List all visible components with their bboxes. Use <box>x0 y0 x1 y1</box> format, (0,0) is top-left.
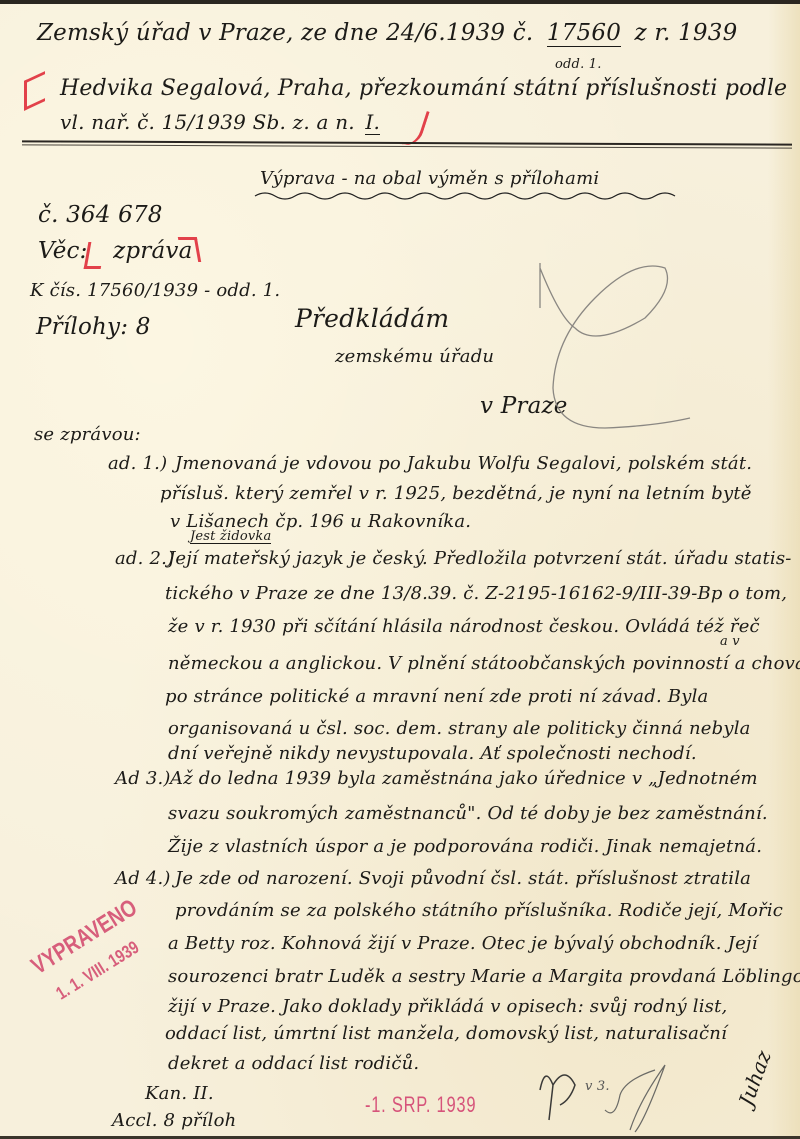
subject-row: Věc: zpráva <box>38 240 193 263</box>
inserted-note: Jest židovka <box>190 530 271 544</box>
paragraph-line: svazu soukromých zaměstnanců". Od té dob… <box>168 805 768 823</box>
margin-insert: a v <box>720 635 740 648</box>
attachments-count: Přílohy: 8 <box>36 316 151 339</box>
initials-signature <box>535 1060 685 1135</box>
header-ref-number: 17560 <box>547 20 621 47</box>
paragraph-line: žijí v Praze. Jako doklady přikládá v op… <box>168 998 727 1016</box>
paragraph-line: že v r. 1930 při sčítání hlásila národno… <box>168 618 760 636</box>
header-line-3: vl. nař. č. 15/1939 Sb. z. a n. I. <box>60 112 380 132</box>
paragraph-line: Je zde od narození. Svoji původní čsl. s… <box>175 870 751 888</box>
paragraph-line: dní veřejně nikdy nevystupovala. Ať spol… <box>168 745 697 763</box>
header-office: Zemský úřad v Praze, ze dne 24/6.1939 č. <box>37 20 533 46</box>
header-year: z r. 1939 <box>635 20 738 46</box>
paragraph-line: Až do ledna 1939 byla zaměstnána jako úř… <box>170 770 758 788</box>
paragraph-line: Žije z vlastních úspor a je podporována … <box>168 838 762 856</box>
subject-label: Věc: <box>38 238 88 264</box>
header-line-1: Zemský úřad v Praze, ze dne 24/6.1939 č.… <box>37 22 737 45</box>
paragraph-line: tického v Praze ze dne 13/8.39. č. Z-219… <box>165 585 787 603</box>
red-bracket-subject-right <box>178 237 201 262</box>
red-bracket-subject-left <box>84 242 106 269</box>
header-dept: odd. 1. <box>555 58 602 71</box>
paragraph-label: ad. 2.) <box>115 550 174 568</box>
intro-text: se zprávou: <box>34 426 141 444</box>
paragraph-line: organisovaná u čsl. soc. dem. strany ale… <box>168 720 751 738</box>
dispatch-note: Výprava - na obal výměn s přílohami <box>260 170 599 188</box>
date-stamp: -1. SRP. 1939 <box>365 1092 476 1118</box>
initials-note: v 3. <box>585 1080 610 1093</box>
document-number: č. 364 678 <box>38 204 163 227</box>
paragraph-label: Ad 4.) <box>115 870 171 888</box>
paragraph-line: sourozenci bratr Luděk a sestry Marie a … <box>168 968 800 986</box>
official-signature: Juhaz <box>736 1048 774 1109</box>
reference-number: K čís. 17560/1939 - odd. 1. <box>30 282 280 300</box>
paragraph-line: oddací list, úmrtní list manžela, domovs… <box>165 1025 727 1043</box>
paragraph-line: Její mateřský jazyk je český. Předložila… <box>168 550 792 568</box>
registry-note: Kan. II. <box>145 1085 214 1103</box>
paragraph-label: Ad 3.) <box>115 770 171 788</box>
scan-top-edge <box>0 0 800 4</box>
paragraph-line: dekret a oddací list rodičů. <box>168 1055 419 1073</box>
pencil-mark <box>535 258 695 438</box>
attachments-note: Accl. 8 příloh <box>112 1112 236 1130</box>
red-bracket-left <box>24 71 45 111</box>
paragraph-line: Jmenovaná je vdovou po Jakubu Wolfu Sega… <box>175 455 752 473</box>
paragraph-label: ad. 1.) <box>108 455 167 473</box>
address-line-1: Předkládám <box>295 306 449 331</box>
paragraph-line: německou a anglickou. V plnění státoobča… <box>168 655 800 673</box>
header-law-roman: I. <box>365 110 380 135</box>
paragraph-line: provdáním se za polského státního příslu… <box>175 902 783 920</box>
header-line-2: Hedvika Segalová, Praha, přezkoumání stá… <box>60 78 787 100</box>
paragraph-line: po stránce politické a mravní není zde p… <box>165 688 708 706</box>
address-line-2: zemskému úřadu <box>335 348 494 366</box>
paragraph-line: přísluš. který zemřel v r. 1925, bezdětn… <box>160 485 752 503</box>
paragraph-line: a Betty roz. Kohnová žijí v Praze. Otec … <box>168 935 758 953</box>
wavy-underline <box>255 188 685 204</box>
header-law-ref: vl. nař. č. 15/1939 Sb. z. a n. <box>60 110 355 134</box>
